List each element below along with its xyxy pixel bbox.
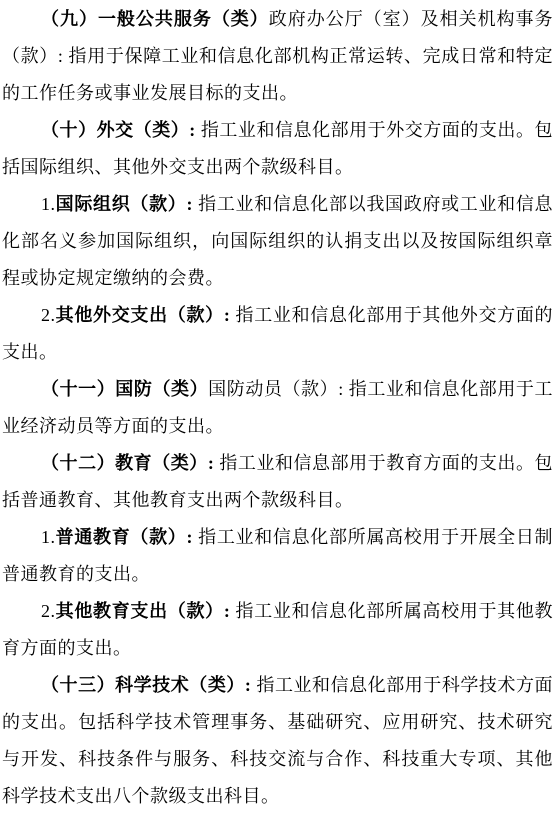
paragraph-label: （十三）科学技术（类）: — [41, 675, 251, 695]
paragraph-label: （十二）教育（类）: — [41, 453, 214, 473]
paragraph-other-education-expenditure: 2.其他教育支出（款）: 指工业和信息化部所属高校用于其他教育方面的支出。 — [2, 593, 553, 667]
paragraph-education: （十二）教育（类）: 指工业和信息部用于教育方面的支出。包括普通教育、其他教育支… — [2, 445, 553, 519]
paragraph-label: （十一）国防（类） — [41, 379, 208, 399]
paragraph-regular-education: 1.普通教育（款）: 指工业和信息化部所属高校用于开展全日制普通教育的支出。 — [2, 519, 553, 593]
paragraph-label: （九）一般公共服务（类） — [41, 9, 269, 29]
paragraph-international-organizations: 1.国际组织（款）: 指工业和信息化部以我国政府或工业和信息化部名义参加国际组织… — [2, 186, 553, 297]
paragraph-general-public-services: （九）一般公共服务（类）政府办公厅（室）及相关机构事务（款）: 指用于保障工业和… — [2, 1, 553, 112]
paragraph-science-technology: （十三）科学技术（类）: 指工业和信息化部用于科学技术方面的支出。包括科学技术管… — [2, 667, 553, 815]
paragraph-number: 1. — [41, 194, 56, 214]
paragraph-national-defense: （十一）国防（类）国防动员（款）: 指工业和信息化部用于工业经济动员等方面的支出… — [2, 371, 553, 445]
paragraph-number: 2. — [41, 305, 56, 325]
paragraph-diplomacy: （十）外交（类）: 指工业和信息化部用于外交方面的支出。包括国际组织、其他外交支… — [2, 112, 553, 186]
paragraph-label: 其他教育支出（款）: — [56, 601, 231, 621]
paragraph-number: 1. — [41, 527, 56, 547]
paragraph-label: 国际组织（款）: — [56, 194, 193, 214]
paragraph-label: 普通教育（款）: — [56, 527, 193, 547]
paragraph-label: 其他外交支出（款）: — [56, 305, 231, 325]
paragraph-label: （十）外交（类）: — [41, 120, 196, 140]
document-page: （九）一般公共服务（类）政府办公厅（室）及相关机构事务（款）: 指用于保障工业和… — [0, 0, 556, 829]
paragraph-number: 2. — [41, 601, 56, 621]
paragraph-other-diplomacy-expenditure: 2.其他外交支出（款）: 指工业和信息化部用于其他外交方面的支出。 — [2, 297, 553, 371]
